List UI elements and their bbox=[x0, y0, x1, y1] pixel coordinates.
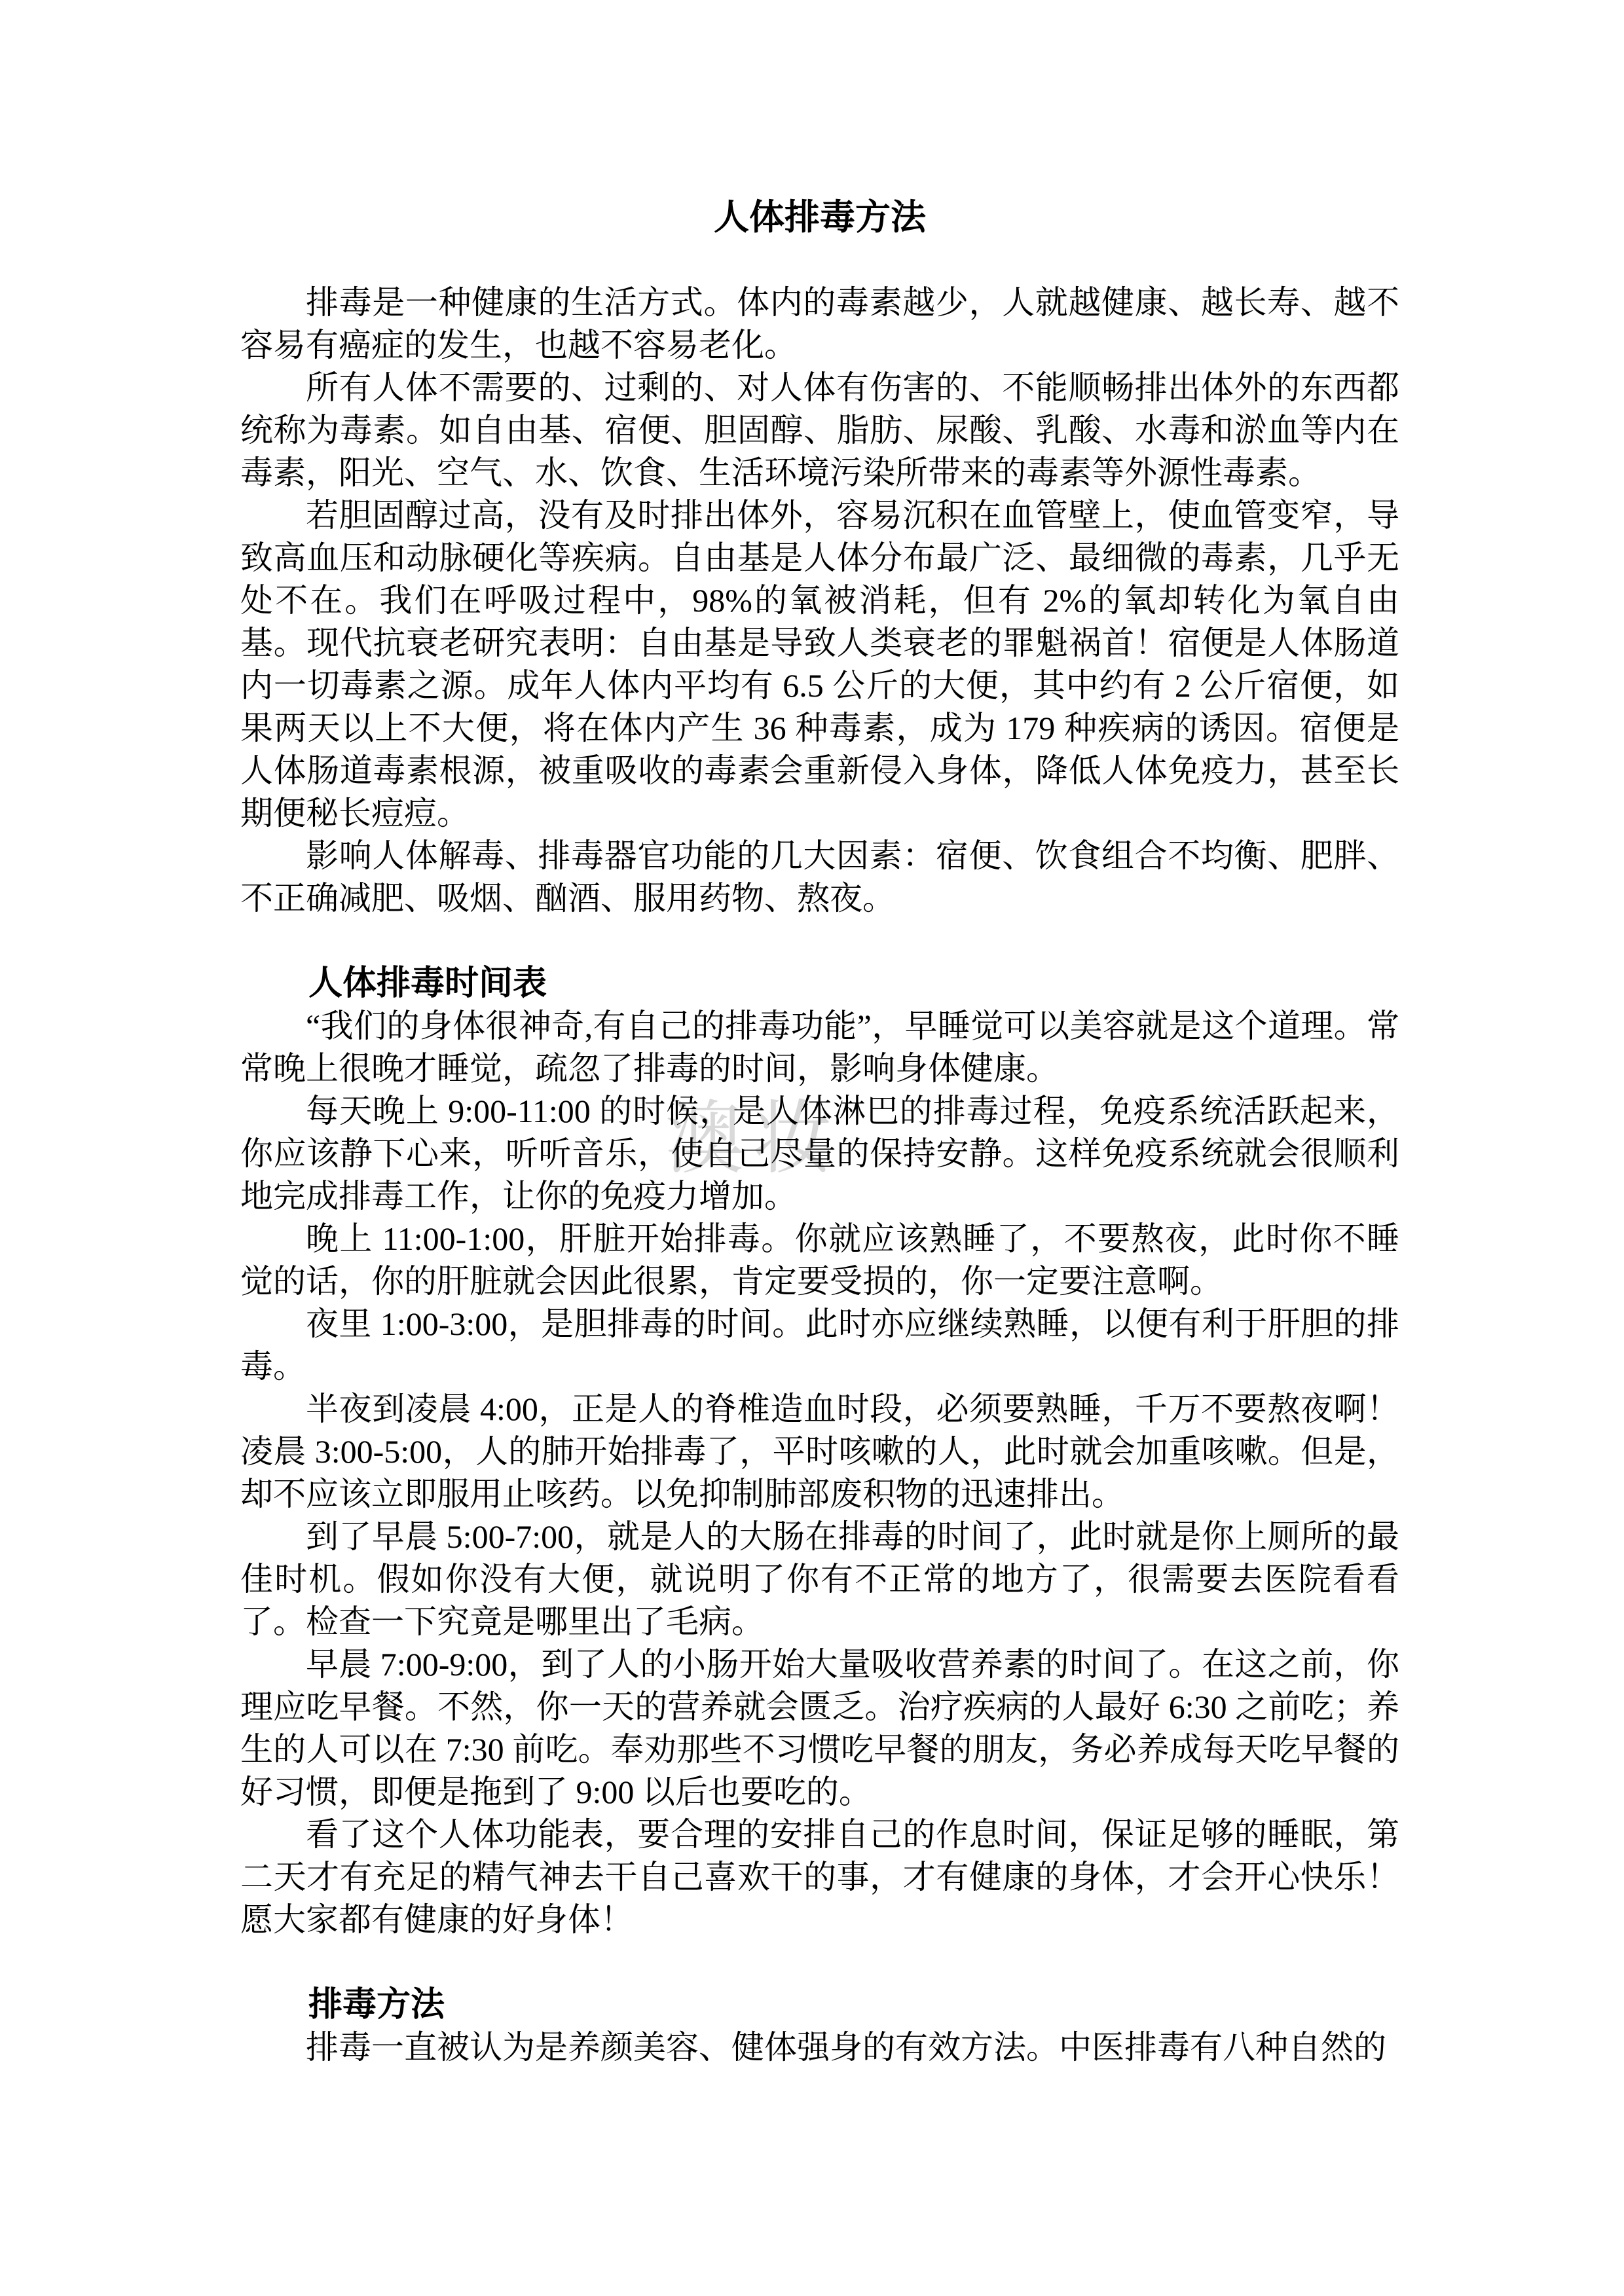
paragraph-early-sleep: “我们的身体很神奇,有自己的排毒功能”，早睡觉可以美容就是这个道理。常常晚上很晚… bbox=[240, 1005, 1399, 1090]
paragraph-lymph-9-11: 每天晚上 9:00-11:00 的时候，是人体淋巴的排毒过程，免疫系统活跃起来，… bbox=[240, 1090, 1399, 1218]
section-heading-detox-methods: 排毒方法 bbox=[240, 1984, 1399, 2026]
blank-line bbox=[240, 1941, 1399, 1984]
paragraph-detox-methods-intro: 排毒一直被认为是养颜美容、健体强身的有效方法。中医排毒有八种自然的 bbox=[240, 2026, 1399, 2069]
paragraph-cholesterol-freeradical: 若胆固醇过高，没有及时排出体外，容易沉积在血管壁上，使血管变窄，导致高血压和动脉… bbox=[240, 494, 1399, 835]
blank-line bbox=[240, 239, 1399, 282]
paragraph-detox-factors: 影响人体解毒、排毒器官功能的几大因素：宿便、饮食组合不均衡、肥胖、不正确减肥、吸… bbox=[240, 835, 1399, 920]
document-title: 人体排毒方法 bbox=[240, 196, 1399, 239]
paragraph-colon-5-7: 到了早晨 5:00-7:00，就是人的大肠在排毒的时间了，此时就是你上厕所的最佳… bbox=[240, 1516, 1399, 1643]
document-body: 人体排毒方法 排毒是一种健康的生活方式。体内的毒素越少，人就越健康、越长寿、越不… bbox=[240, 196, 1399, 2069]
paragraph-intro: 排毒是一种健康的生活方式。体内的毒素越少，人就越健康、越长寿、越不容易有癌症的发… bbox=[240, 282, 1399, 367]
paragraph-summary-schedule: 看了这个人体功能表，要合理的安排自己的作息时间，保证足够的睡眠，第二天才有充足的… bbox=[240, 1813, 1399, 1941]
section-heading-detox-schedule: 人体排毒时间表 bbox=[240, 962, 1399, 1005]
paragraph-toxin-definition: 所有人体不需要的、过剩的、对人体有伤害的、不能顺畅排出体外的东西都统称为毒素。如… bbox=[240, 367, 1399, 494]
paragraph-gallbladder-1-3: 夜里 1:00-3:00，是胆排毒的时间。此时亦应继续熟睡，以便有利于肝胆的排毒… bbox=[240, 1303, 1399, 1388]
blank-line bbox=[240, 920, 1399, 962]
paragraph-liver-11-1: 晚上 11:00-1:00，肝脏开始排毒。你就应该熟睡了，不要熬夜，此时你不睡觉… bbox=[240, 1218, 1399, 1303]
page: 澳妆 人体排毒方法 排毒是一种健康的生活方式。体内的毒素越少，人就越健康、越长寿… bbox=[0, 0, 1624, 2296]
paragraph-spine-lung-3-5: 半夜到凌晨 4:00，正是人的脊椎造血时段，必须要熟睡，千万不要熬夜啊！凌晨 3… bbox=[240, 1388, 1399, 1516]
paragraph-small-intestine-7-9: 早晨 7:00-9:00，到了人的小肠开始大量吸收营养素的时间了。在这之前，你理… bbox=[240, 1643, 1399, 1813]
